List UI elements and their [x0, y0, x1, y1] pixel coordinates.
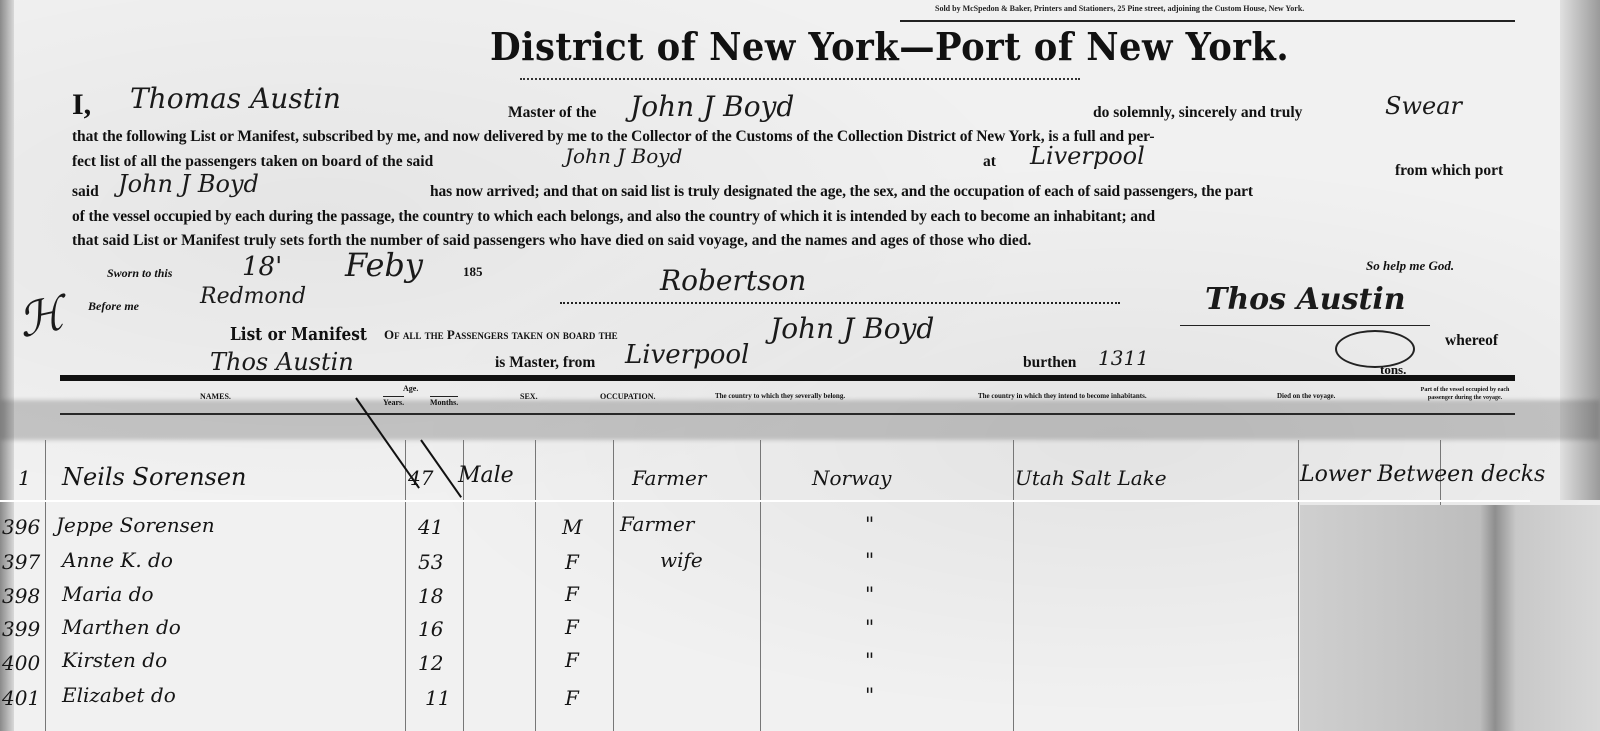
title-flourish: [520, 76, 1080, 80]
signature-rule: [560, 302, 1120, 304]
passenger-country: Norway: [812, 466, 891, 490]
grid-line: [1298, 440, 1299, 731]
scan-smear: [0, 400, 1600, 440]
oath-line-4: has now arrived; and that on said list i…: [430, 183, 1253, 201]
passenger-name: Jeppe Sorensen: [56, 513, 215, 537]
before-me-label: Before me: [88, 299, 139, 314]
manifest-scan: Sold by McSpedon & Baker, Printers and S…: [0, 0, 1600, 731]
passenger-occupation: Farmer: [620, 512, 694, 536]
passenger-name: Marthen do: [62, 615, 181, 639]
officer-signature: Redmond: [200, 284, 306, 309]
burthen-label: burthen: [1023, 354, 1076, 372]
passenger-name: Maria do: [62, 582, 153, 606]
master-name-handwritten: Thomas Austin: [130, 82, 341, 115]
passenger-age: 53: [418, 550, 443, 574]
passenger-name: Elizabet do: [62, 683, 176, 707]
row-number: 400: [2, 651, 40, 675]
col-header-sex: SEX.: [520, 392, 538, 401]
grid-line: [760, 440, 761, 731]
row-number: 401: [2, 686, 40, 710]
passenger-sex: Male: [458, 463, 514, 488]
passenger-sex: F: [565, 615, 579, 639]
col-header-age: Age.: [403, 384, 418, 393]
passenger-sex: F: [565, 686, 579, 710]
col-header-names: NAMES.: [200, 392, 231, 401]
master-of-label: Master of the: [508, 104, 596, 122]
sworn-year: 185: [463, 264, 483, 280]
passenger-sex: M: [562, 515, 582, 539]
strip-divider: [0, 500, 1530, 502]
ship-name-line3: John J Boyd: [565, 144, 682, 168]
sworn-month: Feby: [345, 246, 423, 284]
ditto-mark: ": [865, 648, 874, 672]
manifest-heading: List or Manifest: [230, 324, 367, 345]
solemnly-label: do solemnly, sincerely and truly: [1093, 104, 1302, 122]
passenger-name: Kirsten do: [62, 648, 167, 672]
col-header-country-intend: The country in which they intend to beco…: [978, 392, 1147, 400]
whereof-label: whereof: [1445, 332, 1498, 350]
sworn-label: Sworn to this: [107, 266, 172, 281]
passenger-age: 47: [408, 466, 433, 490]
at-label: at: [983, 153, 996, 171]
passenger-age: 12: [418, 651, 443, 675]
document-title: District of New York—Port of New York.: [490, 24, 1289, 69]
manifest-ship-name: John J Boyd: [770, 312, 934, 345]
ship-name-line4: John J Boyd: [118, 170, 259, 198]
collector-signature: Robertson: [660, 264, 806, 297]
scan-shadow-right: [1300, 505, 1600, 731]
so-help-me-god: So help me God.: [1366, 258, 1454, 274]
col-header-died: Died on the voyage.: [1277, 392, 1335, 400]
col-header-occupation: OCCUPATION.: [600, 392, 655, 401]
grid-line: [1013, 440, 1014, 731]
said-label: said: [72, 183, 99, 201]
ditto-mark: ": [865, 683, 874, 707]
is-master-from-label: is Master, from: [495, 354, 595, 372]
master-signature-rule: [1180, 325, 1430, 326]
ship-name-handwritten: John J Boyd: [630, 90, 794, 123]
grid-line: [45, 440, 46, 731]
passenger-age: 41: [418, 515, 443, 539]
passenger-name: Anne K. do: [62, 548, 173, 572]
col-header-country-belong: The country to which they severally belo…: [715, 392, 845, 400]
oath-opening: I,: [72, 88, 91, 122]
printer-rule: [900, 20, 1515, 22]
printer-imprint: Sold by McSpedon & Baker, Printers and S…: [935, 4, 1304, 13]
sworn-day: 18': [242, 252, 282, 282]
passenger-age: 11: [425, 686, 450, 710]
ditto-mark: ": [865, 512, 874, 536]
ditto-mark: ": [865, 615, 874, 639]
grid-line: [535, 440, 536, 731]
oath-line-5: of the vessel occupied by each during th…: [72, 208, 1155, 226]
grid-line: [405, 440, 406, 731]
manifest-heading-sub: Of all the Passengers taken on board the: [384, 327, 618, 343]
manifest-master-handwritten: Thos Austin: [210, 348, 354, 376]
passenger-age: 18: [418, 584, 443, 608]
row-number: 399: [2, 617, 40, 641]
row-number: 396: [2, 515, 40, 539]
col-header-years: Years.: [383, 396, 404, 407]
row-number: 1: [18, 466, 31, 490]
passenger-sex: F: [565, 550, 579, 574]
col-header-months: Months.: [430, 396, 458, 407]
ditto-mark: ": [865, 582, 874, 606]
swear-handwritten: Swear: [1385, 92, 1462, 120]
passenger-occupation: wife: [660, 548, 703, 572]
passenger-intended-country: Utah Salt Lake: [1015, 466, 1167, 490]
passenger-age: 16: [418, 617, 443, 641]
header-rule-top: [60, 375, 1515, 381]
manifest-from-port: Liverpool: [625, 340, 749, 370]
row-number: 398: [2, 584, 40, 608]
passenger-occupation: Farmer: [632, 466, 706, 490]
ditto-mark: ": [865, 548, 874, 572]
row-number: 397: [2, 550, 40, 574]
from-which-port-label: from which port: [1395, 162, 1503, 180]
departure-port-handwritten: Liverpool: [1030, 142, 1145, 170]
grid-line: [613, 440, 614, 731]
col-header-part-vessel: Part of the vessel occupied by each pass…: [1420, 386, 1510, 402]
passenger-sex: F: [565, 648, 579, 672]
burthen-value: 1311: [1098, 346, 1149, 370]
oath-line-3a: fect list of all the passengers taken on…: [72, 153, 433, 171]
oath-line-6: that said List or Manifest truly sets fo…: [72, 232, 1031, 250]
passenger-name: Neils Sorensen: [62, 463, 247, 491]
passenger-sex: F: [565, 582, 579, 606]
passenger-vessel-part: Lower Between decks: [1300, 462, 1545, 487]
margin-mark: ℋ: [13, 286, 69, 348]
master-signature: Thos Austin: [1205, 282, 1406, 317]
